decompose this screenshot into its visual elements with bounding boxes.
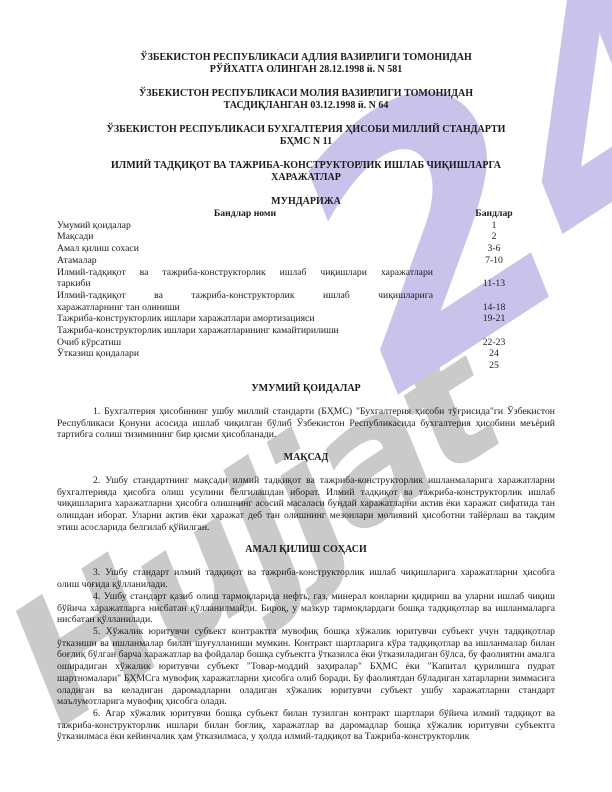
header-line: ЎЗБЕКИСТОН РЕСПУБЛИКАСИ МОЛИЯ ВАЗИРЛИГИ … bbox=[57, 88, 555, 100]
section-heading: УМУМИЙ ҚОИДАЛАР bbox=[57, 383, 555, 395]
toc-item-number: 24 bbox=[433, 348, 555, 360]
toc-label-line: Илмий-тадқиқот ва тажриба-конструкторлик… bbox=[57, 267, 433, 279]
toc-label: Атамалар bbox=[57, 255, 433, 267]
header-line: ИЛМИЙ ТАДҚИҚОТ ВА ТАЖРИБА-КОНСТРУКТОРЛИК… bbox=[57, 160, 555, 172]
toc-label: Очиб кўрсатиш bbox=[57, 337, 433, 349]
header-group: ЎЗБЕКИСТОН РЕСПУБЛИКАСИ АДЛИЯ ВАЗИРЛИГИ … bbox=[57, 52, 555, 76]
toc-row: Тажриба-конструкторлик ишлари харажатлар… bbox=[57, 325, 555, 337]
toc-item-number: 25 bbox=[433, 360, 555, 372]
toc-label-line: Амал қилиш сохаси bbox=[57, 243, 433, 255]
header-line: ХАРАЖАТЛАР bbox=[57, 172, 555, 184]
document-content: ЎЗБЕКИСТОН РЕСПУБЛИКАСИ АДЛИЯ ВАЗИРЛИГИ … bbox=[0, 0, 612, 743]
toc-row: 25 bbox=[57, 360, 555, 372]
toc-row: Мақсади2 bbox=[57, 231, 555, 243]
toc-label: Мақсади bbox=[57, 231, 433, 243]
toc-label-line: Тажриба-конструкторлик ишлари харажатлар… bbox=[57, 313, 433, 325]
toc-label bbox=[57, 360, 433, 372]
toc-row: Амал қилиш сохаси3-6 bbox=[57, 243, 555, 255]
toc-label-line: Мақсади bbox=[57, 231, 433, 243]
header-line: БҲМС N 11 bbox=[57, 136, 555, 148]
paragraph: 4. Ушбу стандарт қазиб олиш тармоқларида… bbox=[57, 591, 555, 626]
toc-label-line: Умумий қоидалар bbox=[57, 220, 433, 232]
header-group: ЎЗБЕКИСТОН РЕСПУБЛИКАСИ БУХГАЛТЕРИЯ ҲИСО… bbox=[57, 124, 555, 148]
toc-row: Очиб кўрсатиш22-23 bbox=[57, 337, 555, 349]
toc-item-number bbox=[433, 325, 555, 337]
toc-item-number: 22-23 bbox=[433, 337, 555, 349]
toc-row: Илмий-тадқиқот ва тажриба-конструкторлик… bbox=[57, 290, 555, 313]
toc-title: МУНДАРИЖА bbox=[57, 196, 555, 208]
section-heading: АМАЛ ҚИЛИШ СОҲАСИ bbox=[57, 544, 555, 556]
header-group: ИЛМИЙ ТАДҚИҚОТ ВА ТАЖРИБА-КОНСТРУКТОРЛИК… bbox=[57, 160, 555, 184]
toc-item-number: 14-18 bbox=[433, 302, 555, 314]
toc-header-row: Бандлар номи Бандлар bbox=[57, 208, 555, 220]
toc-item-number: 19-21 bbox=[433, 313, 555, 325]
toc-row: Ўтказиш қоидалари24 bbox=[57, 348, 555, 360]
toc-label: Илмий-тадқиқот ва тажриба-конструкторлик… bbox=[57, 267, 433, 290]
toc-label: Тажриба-конструкторлик ишлари харажатлар… bbox=[57, 325, 433, 337]
toc-label-line: Атамалар bbox=[57, 255, 433, 267]
paragraph: 3. Ушбу стандарт илмий тадқиқот ва тажри… bbox=[57, 567, 555, 590]
header-line: ЎЗБЕКИСТОН РЕСПУБЛИКАСИ АДЛИЯ ВАЗИРЛИГИ … bbox=[57, 52, 555, 64]
toc-column-header-num: Бандлар bbox=[433, 208, 555, 220]
toc-item-number: 11-13 bbox=[433, 278, 555, 290]
toc-label-line: Ўтказиш қоидалари bbox=[57, 348, 433, 360]
toc-row: Илмий-тадқиқот ва тажриба-конструкторлик… bbox=[57, 267, 555, 290]
sections: УМУМИЙ ҚОИДАЛАР1. Бухгалтерия ҳисобининг… bbox=[57, 383, 555, 743]
toc-item-number: 2 bbox=[433, 231, 555, 243]
paragraph: 2. Ушбу стандартнинг мақсади илмий тадқи… bbox=[57, 475, 555, 534]
toc-rows: Умумий қоидалар1Мақсади2Амал қилиш сохас… bbox=[57, 220, 555, 372]
header-block: ЎЗБЕКИСТОН РЕСПУБЛИКАСИ АДЛИЯ ВАЗИРЛИГИ … bbox=[57, 52, 555, 184]
toc-row: Атамалар7-10 bbox=[57, 255, 555, 267]
toc-label-line: таркиби bbox=[57, 278, 433, 290]
toc-item-number: 1 bbox=[433, 220, 555, 232]
toc-label: Амал қилиш сохаси bbox=[57, 243, 433, 255]
toc-label-line: Тажриба-конструкторлик ишлари харажатлар… bbox=[57, 325, 433, 337]
header-line: ТАСДИҚЛАНГАН 03.12.1998 й. N 64 bbox=[57, 100, 555, 112]
toc-label: Умумий қоидалар bbox=[57, 220, 433, 232]
header-line: ЎЗБЕКИСТОН РЕСПУБЛИКАСИ БУХГАЛТЕРИЯ ҲИСО… bbox=[57, 124, 555, 136]
toc-label: Илмий-тадқиқот ва тажриба-конструкторлик… bbox=[57, 290, 433, 313]
header-group: ЎЗБЕКИСТОН РЕСПУБЛИКАСИ МОЛИЯ ВАЗИРЛИГИ … bbox=[57, 88, 555, 112]
toc-label-line: харажатларнинг тан олиниши bbox=[57, 302, 433, 314]
toc-row: Умумий қоидалар1 bbox=[57, 220, 555, 232]
paragraph: 1. Бухгалтерия ҳисобининг ушбу миллий ст… bbox=[57, 406, 555, 441]
toc-row: Тажриба-конструкторлик ишлари харажатлар… bbox=[57, 313, 555, 325]
toc-label: Тажриба-конструкторлик ишлари харажатлар… bbox=[57, 313, 433, 325]
paragraph: 5. Хўжалик юритувчи субъект контрактга м… bbox=[57, 626, 555, 708]
toc-item-number: 3-6 bbox=[433, 243, 555, 255]
paragraph: 6. Агар хўжалик юритувчи бошқа субъект б… bbox=[57, 708, 555, 743]
document-page: Hujjat 24 ЎЗБЕКИСТОН РЕСПУБЛИКАСИ АДЛИЯ … bbox=[0, 0, 612, 792]
toc-item-number: 7-10 bbox=[433, 255, 555, 267]
toc-column-header-name: Бандлар номи bbox=[57, 208, 433, 220]
toc-label-line: Илмий-тадқиқот ва тажриба-конструкторлик… bbox=[57, 290, 433, 302]
header-line: РЎЙХАТГА ОЛИНГАН 28.12.1998 й. N 581 bbox=[57, 64, 555, 76]
toc-label: Ўтказиш қоидалари bbox=[57, 348, 433, 360]
toc-label-line: Очиб кўрсатиш bbox=[57, 337, 433, 349]
section-heading: МАҚСАД bbox=[57, 452, 555, 464]
